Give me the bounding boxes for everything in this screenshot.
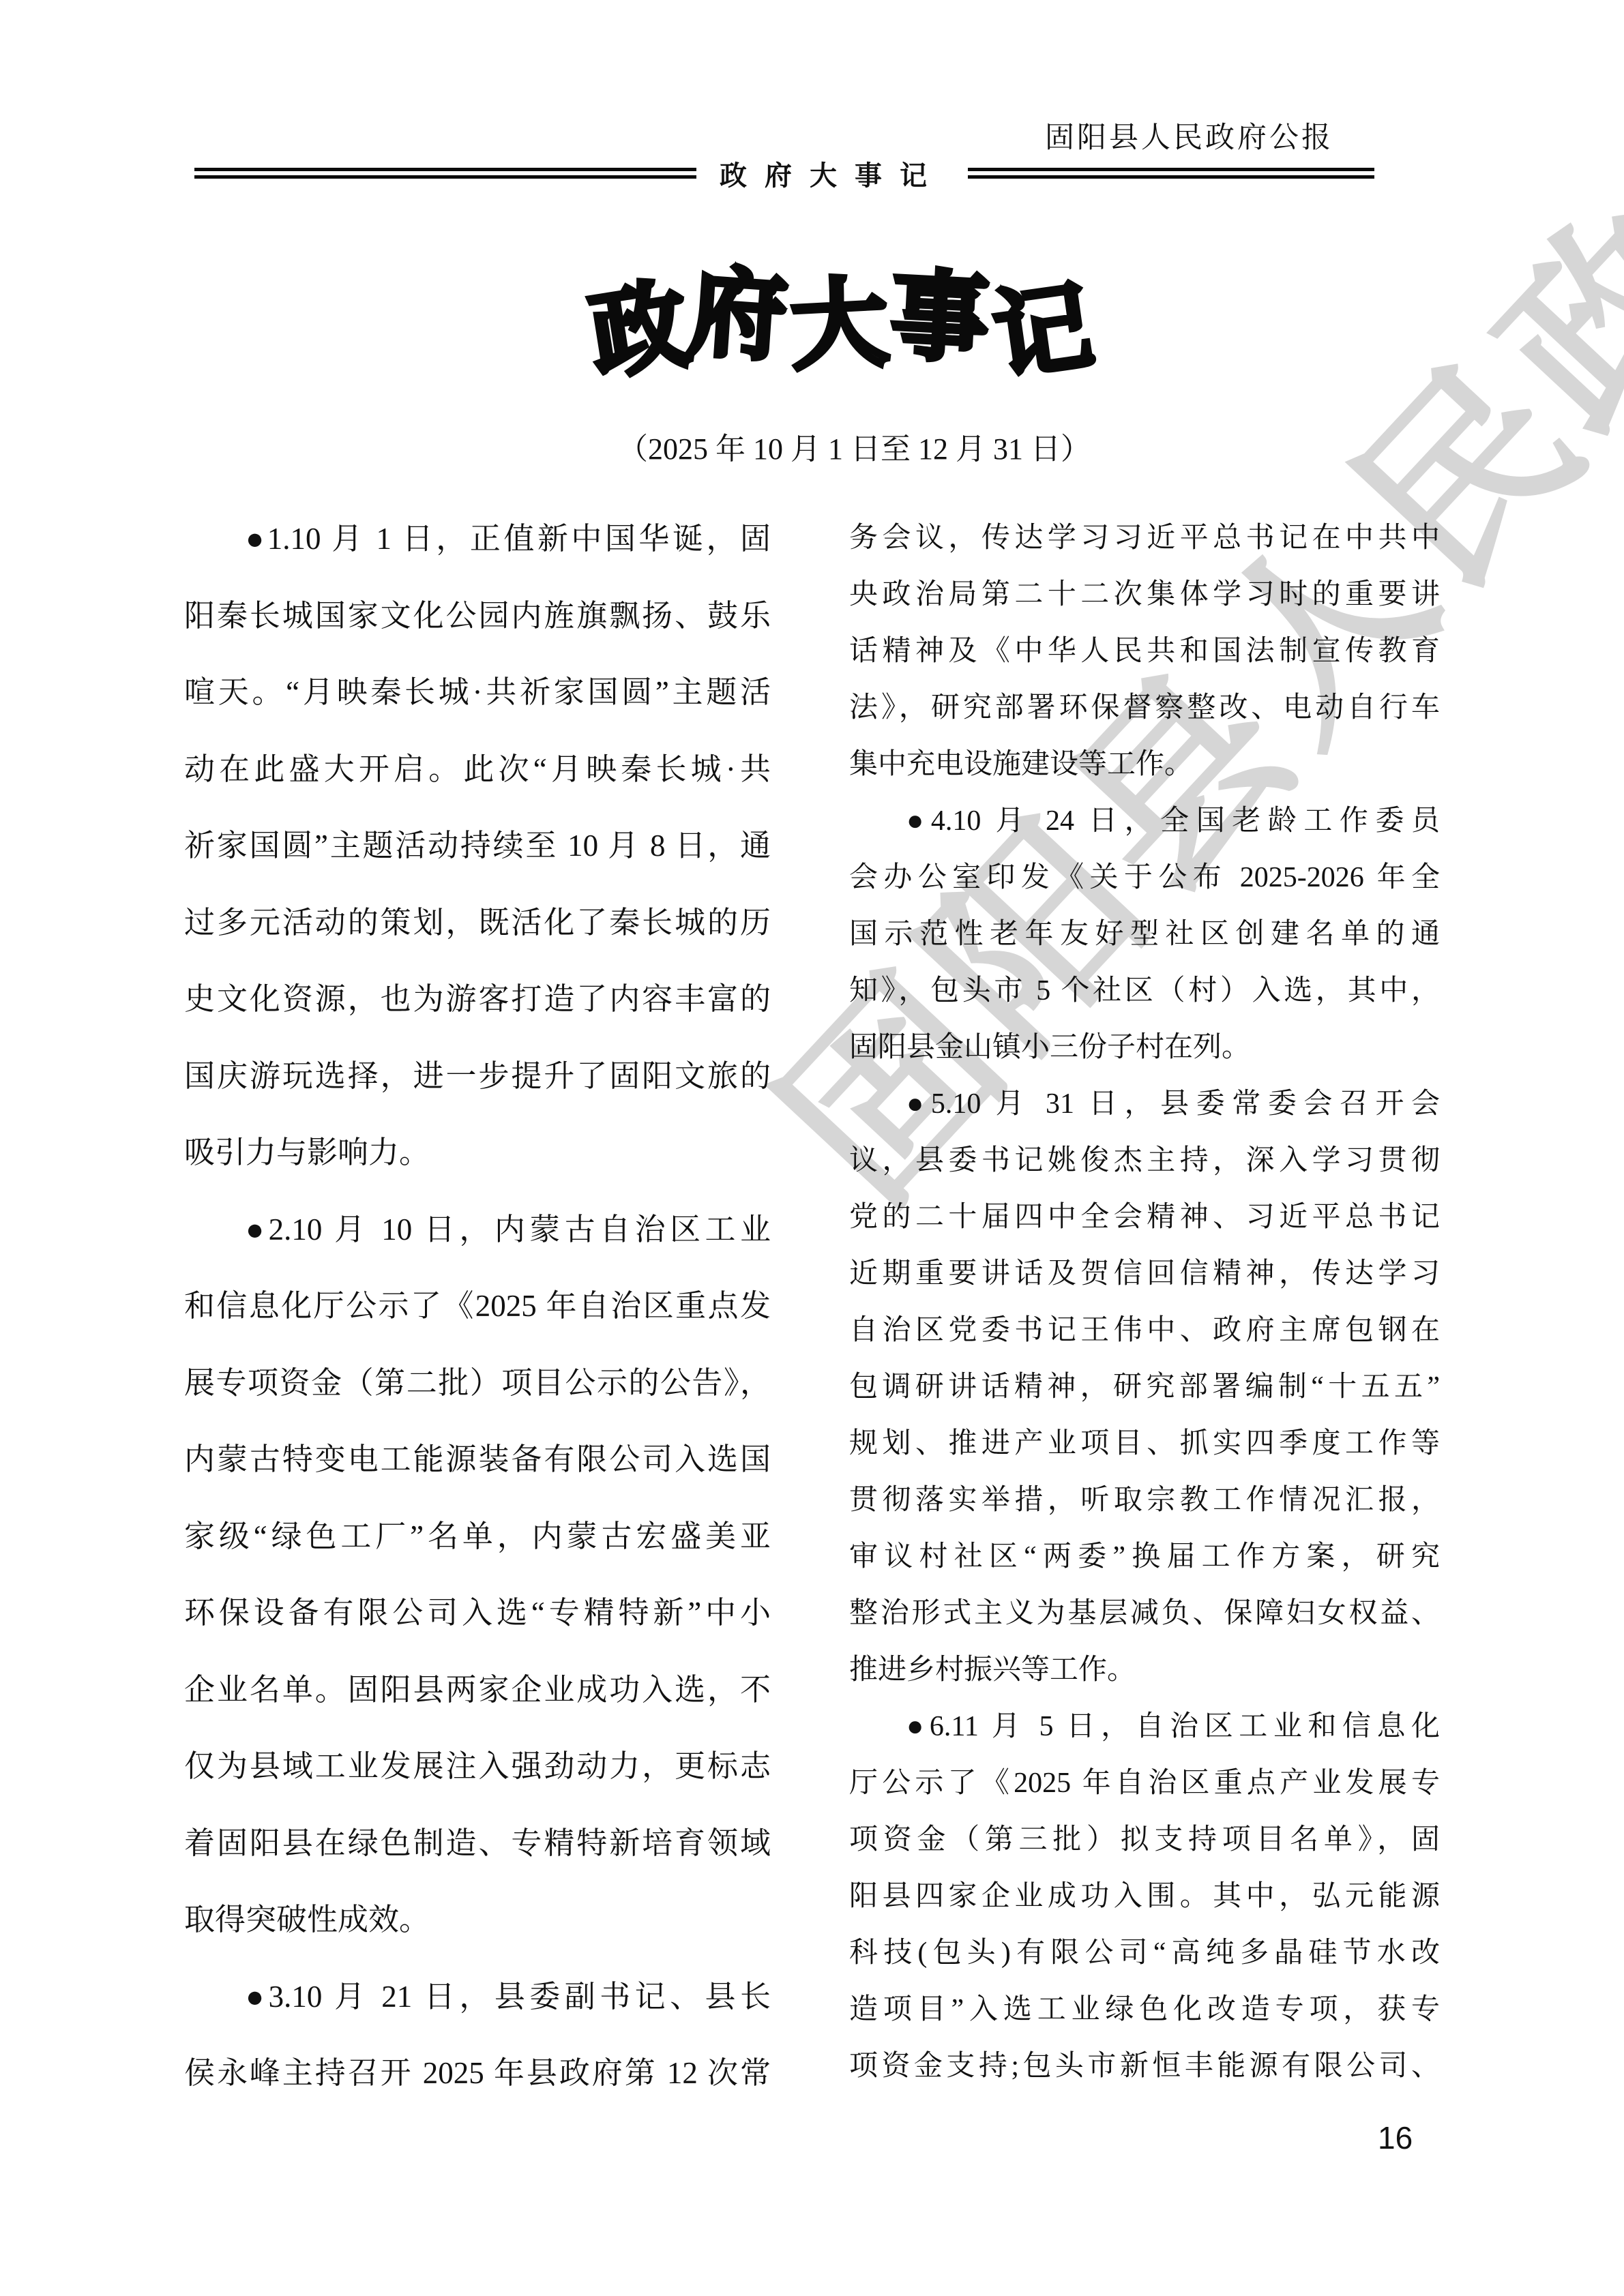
text-line: 着固阳县在绿色制造、专精特新培育领域 [184,1805,771,1882]
text-line: 厅公示了《2025 年自治区重点产业发展专 [849,1755,1440,1812]
text-line: 史文化资源，也为游客打造了内容丰富的 [184,961,771,1038]
left-column: ●1.10 月 1 日，正值新中国华诞，固阳秦长城国家文化公园内旌旗飘扬、鼓乐喧… [184,501,771,2112]
text-line: 党的二十届四中全会精神、习近平总书记 [849,1189,1440,1246]
header-rule-line-left [194,168,696,179]
text-line: 阳县四家企业成功入围。其中，弘元能源 [849,1868,1440,1925]
text-line: ●5.10 月 31 日，县委常委会召开会 [849,1076,1440,1133]
text-line: 知》，包头市 5 个社区（村）入选，其中， [849,963,1440,1019]
masthead-title: 固阳县人民政府公报 [0,115,1333,156]
text-line: 和信息化厅公示了《2025 年自治区重点发 [184,1268,771,1345]
text-line: 近期重要讲话及贺信回信精神，传达学习 [849,1246,1440,1302]
text-line: 国庆游玩选择，进一步提升了固阳文旅的 [184,1038,771,1115]
text-line: 议，县委书记姚俊杰主持，深入学习贯彻 [849,1133,1440,1189]
text-line: 包调研讲话精神，研究部署编制“十五五” [849,1359,1440,1416]
title-char: 府 [685,234,795,380]
text-line: ●1.10 月 1 日，正值新中国华诞，固 [184,501,771,578]
text-line: ●6.11 月 5 日，自治区工业和信息化 [849,1699,1440,1755]
text-line: 环保设备有限公司入选“专精特新”中小 [184,1575,771,1652]
text-line: 喧天。“月映秦长城·共祈家国圆”主题活 [184,654,771,731]
text-line: 过多元活动的策划，既活化了秦长城的历 [184,884,771,961]
page-number: 16 [1378,2119,1413,2156]
title-char: 事 [888,237,996,381]
text-line: 科技(包头)有限公司“高纯多晶硅节水改 [849,1925,1440,1982]
text-line: 项资金（第三批）拟支持项目名单》，固 [849,1812,1440,1868]
text-line: 贯彻落实举措，听取宗教工作情况汇报， [849,1472,1440,1529]
text-line: 国示范性老年友好型社区创建名单的通 [849,906,1440,963]
text-line: 企业名单。固阳县两家企业成功入选，不 [184,1652,771,1729]
text-line: 央政治局第二十二次集体学习时的重要讲 [849,567,1440,623]
page-title: 政府大事记 [29,245,1624,375]
text-line: 祈家国圆”主题活动持续至 10 月 8 日，通 [184,807,771,884]
header-rule-line-right [968,168,1374,179]
text-line: 审议村社区“两委”换届工作方案，研究 [849,1529,1440,1585]
text-line: 固阳县金山镇小三份子村在列。 [849,1019,1440,1076]
text-line: 造项目”入选工业绿色化改造专项，获专 [849,1982,1440,2038]
text-line: 务会议，传达学习习近平总书记在中共中 [849,510,1440,567]
text-line: 整治形式主义为基层减负、保障妇女权益、 [849,1585,1440,1642]
running-head: 政府大事记 [696,154,968,193]
gazette-page: 固阳县人民政府公报 固阳县人民政府公报 政府大事记 政府大事记 （2025 年 … [0,0,1624,2296]
text-line: 仅为县域工业发展注入强劲动力，更标志 [184,1728,771,1805]
right-column: 务会议，传达学习习近平总书记在中共中央政治局第二十二次集体学习时的重要讲话精神及… [849,510,1440,2095]
text-line: 项资金支持;包头市新恒丰能源有限公司、 [849,2038,1440,2095]
title-char: 政 [579,245,700,399]
text-line: 规划、推进产业项目、抓实四季度工作等 [849,1416,1440,1472]
text-line: 展专项资金（第二批）项目公示的公告》， [184,1345,771,1422]
text-line: 阳秦长城国家文化公园内旌旗飘扬、鼓乐 [184,578,771,655]
title-char: 大 [786,244,894,388]
text-line: 推进乡村振兴等工作。 [849,1642,1440,1699]
text-line: 动在此盛大开启。此次“月映秦长城·共 [184,731,771,808]
text-line: ●2.10 月 10 日，内蒙古自治区工业 [184,1191,771,1268]
date-range: （2025 年 10 月 1 日至 12 月 31 日） [42,424,1624,468]
text-line: 家级“绿色工厂”名单，内蒙古宏盛美亚 [184,1498,771,1575]
text-line: ●4.10 月 24 日，全国老龄工作委员 [849,793,1440,850]
text-line: ●3.10 月 21 日，县委副书记、县长 [184,1958,771,2036]
text-line: 会办公室印发《关于公布 2025-2026 年全 [849,850,1440,906]
text-line: 自治区党委书记王伟中、政府主席包钢在 [849,1302,1440,1359]
text-line: 吸引力与影响力。 [184,1114,771,1191]
text-line: 侯永峰主持召开 2025 年县政府第 12 次常 [184,2035,771,2112]
title-char: 记 [984,248,1104,400]
text-line: 集中充电设施建设等工作。 [849,736,1440,793]
header-rule: 政府大事记 [194,156,1374,190]
text-line: 取得突破性成效。 [184,1881,771,1958]
text-line: 法》，研究部署环保督察整改、电动自行车 [849,680,1440,736]
text-line: 话精神及《中华人民共和国法制宣传教育 [849,623,1440,680]
text-line: 内蒙古特变电工能源装备有限公司入选国 [184,1421,771,1498]
